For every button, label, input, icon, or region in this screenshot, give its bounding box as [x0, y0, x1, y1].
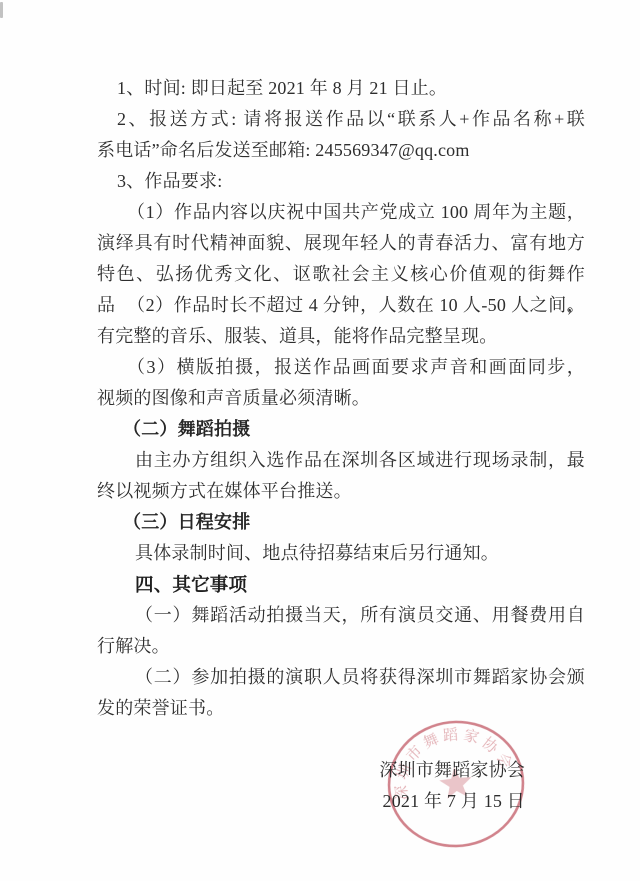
line-other1-1: （一）舞蹈活动拍摄当天，所有演员交通、用餐费用自 [97, 600, 585, 631]
line-submission-1: 2、报送方式: 请将报送作品以“联系人+作品名称+联 [97, 104, 585, 135]
line-req3-1: （3）横版拍摄，报送作品画面要求声音和画面同步， [97, 352, 585, 383]
scan-artifact [0, 2, 3, 18]
spacer-line [97, 724, 585, 755]
line-filming-2: 终以视频方式在媒体平台推送。 [97, 476, 585, 507]
line-time: 1、时间: 即日起至 2021 年 8 月 21 日止。 [97, 73, 585, 104]
heading-schedule: （三）日程安排 [97, 507, 585, 538]
heading-dance-filming: （二）舞蹈拍摄 [97, 414, 585, 445]
line-requirements-label: 3、作品要求: [97, 166, 585, 197]
scanned-document-page: 深圳市舞蹈家协会 1、时间: 即日起至 2021 年 8 月 21 日止。 2、… [0, 0, 640, 881]
line-req1-1: （1）作品内容以庆祝中国共产党成立 100 周年为主题， [97, 197, 585, 228]
line-req2-1: （2）作品时长不超过 4 分钟，人数在 10 人-50 人之间， [97, 290, 585, 321]
line-req1-3: 特色、弘扬优秀文化、讴歌社会主义核心价值观的街舞作品。 [97, 259, 585, 290]
line-req2-2: 有完整的音乐、服装、道具，能将作品完整呈现。 [97, 321, 585, 352]
line-schedule-detail: 具体录制时间、地点待招募结束后另行通知。 [97, 538, 585, 569]
line-other2-2: 发的荣誉证书。 [97, 693, 585, 724]
document-body: 1、时间: 即日起至 2021 年 8 月 21 日止。 2、报送方式: 请将报… [97, 73, 585, 817]
line-submission-2-email: 系电话”命名后发送至邮箱: 245569347@qq.com [97, 135, 585, 166]
line-other1-2: 行解决。 [97, 631, 585, 662]
heading-other-matters: 四、其它事项 [97, 569, 585, 600]
line-filming-1: 由主办方组织入选作品在深圳各区域进行现场录制，最 [97, 445, 585, 476]
line-req3-2: 视频的图像和声音质量必须清晰。 [97, 383, 585, 414]
signature-date: 2021 年 7 月 15 日 [97, 786, 585, 817]
line-req1-2: 演绎具有时代精神面貌、展现年轻人的青春活力、富有地方 [97, 228, 585, 259]
line-other2-1: （二）参加拍摄的演职人员将获得深圳市舞蹈家协会颁 [97, 662, 585, 693]
signature-org: 深圳市舞蹈家协会 [97, 755, 585, 786]
